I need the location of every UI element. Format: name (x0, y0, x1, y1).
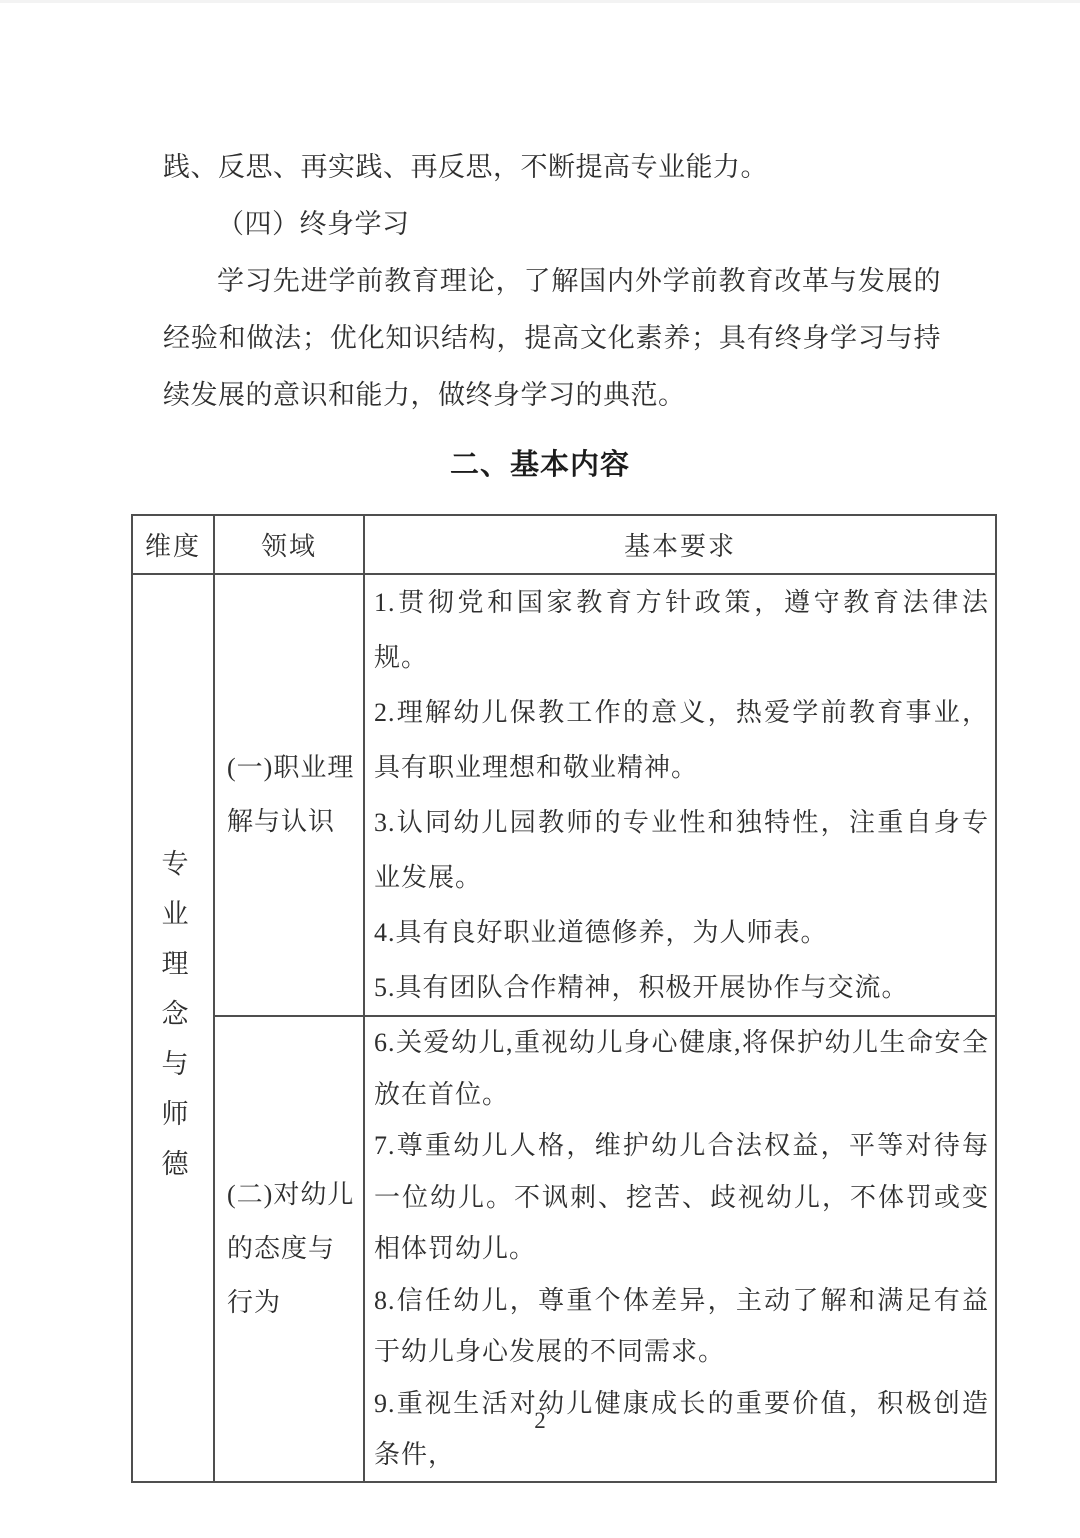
requirement-item: 7.尊重幼儿人格，维护幼儿合法权益，平等对待每一位幼儿。不讽刺、挖苦、歧视幼儿，… (374, 1120, 989, 1275)
requirement-item: 8.信任幼儿，尊重个体差异，主动了解和满足有益于幼儿身心发展的不同需求。 (374, 1275, 989, 1378)
dimension-cell: 专业理念与师德 (132, 574, 214, 1482)
section-title: 二、基本内容 (0, 442, 1080, 483)
intro-paragraph: 学习先进学前教育理论，了解国内外学前教育改革与发展的经验和做法；优化知识结构，提… (163, 253, 941, 424)
requirement-item: 2.理解幼儿保教工作的意义，热爱学前教育事业，具有职业理想和敬业精神。 (374, 685, 989, 795)
document-page: { "intro": { "line_continuation": "践、反思、… (0, 0, 1080, 1538)
dimension-vertical-text: 专业理念与师德 (154, 849, 193, 1199)
requirement-item: 3.认同幼儿园教师的专业性和独特性，注重自身专业发展。 (374, 795, 989, 905)
domain-cell-1: (一)职业理解与认识 (214, 574, 364, 1016)
intro-sub-heading: （四）终身学习 (163, 196, 941, 253)
requirement-item: 6.关爱幼儿,重视幼儿身心健康,将保护幼儿生命安全放在首位。 (374, 1017, 989, 1120)
intro-section: 践、反思、再实践、再反思，不断提高专业能力。 （四）终身学习 学习先进学前教育理… (163, 139, 941, 424)
table-row: 专业理念与师德 (一)职业理解与认识 1.贯彻党和国家教育方针政策，遵守教育法律… (132, 574, 996, 1016)
header-requirements: 基本要求 (364, 515, 996, 574)
table-header-row: 维度 领域 基本要求 (132, 515, 996, 574)
requirement-item: 5.具有团队合作精神，积极开展协作与交流。 (374, 960, 989, 1015)
intro-continuation-line: 践、反思、再实践、再反思，不断提高专业能力。 (163, 139, 941, 196)
page-number: 2 (0, 1408, 1080, 1434)
requirement-item: 4.具有良好职业道德修养，为人师表。 (374, 905, 989, 960)
requirement-item: 1.贯彻党和国家教育方针政策，遵守教育法律法规。 (374, 575, 989, 685)
header-domain: 领域 (214, 515, 364, 574)
standards-table: 维度 领域 基本要求 专业理念与师德 (一)职业理解与认识 1.贯彻党和国家教育… (131, 514, 997, 1483)
requirements-cell-1: 1.贯彻党和国家教育方针政策，遵守教育法律法规。 2.理解幼儿保教工作的意义，热… (364, 574, 996, 1016)
scan-edge-strip (0, 0, 1080, 3)
header-dimension: 维度 (132, 515, 214, 574)
